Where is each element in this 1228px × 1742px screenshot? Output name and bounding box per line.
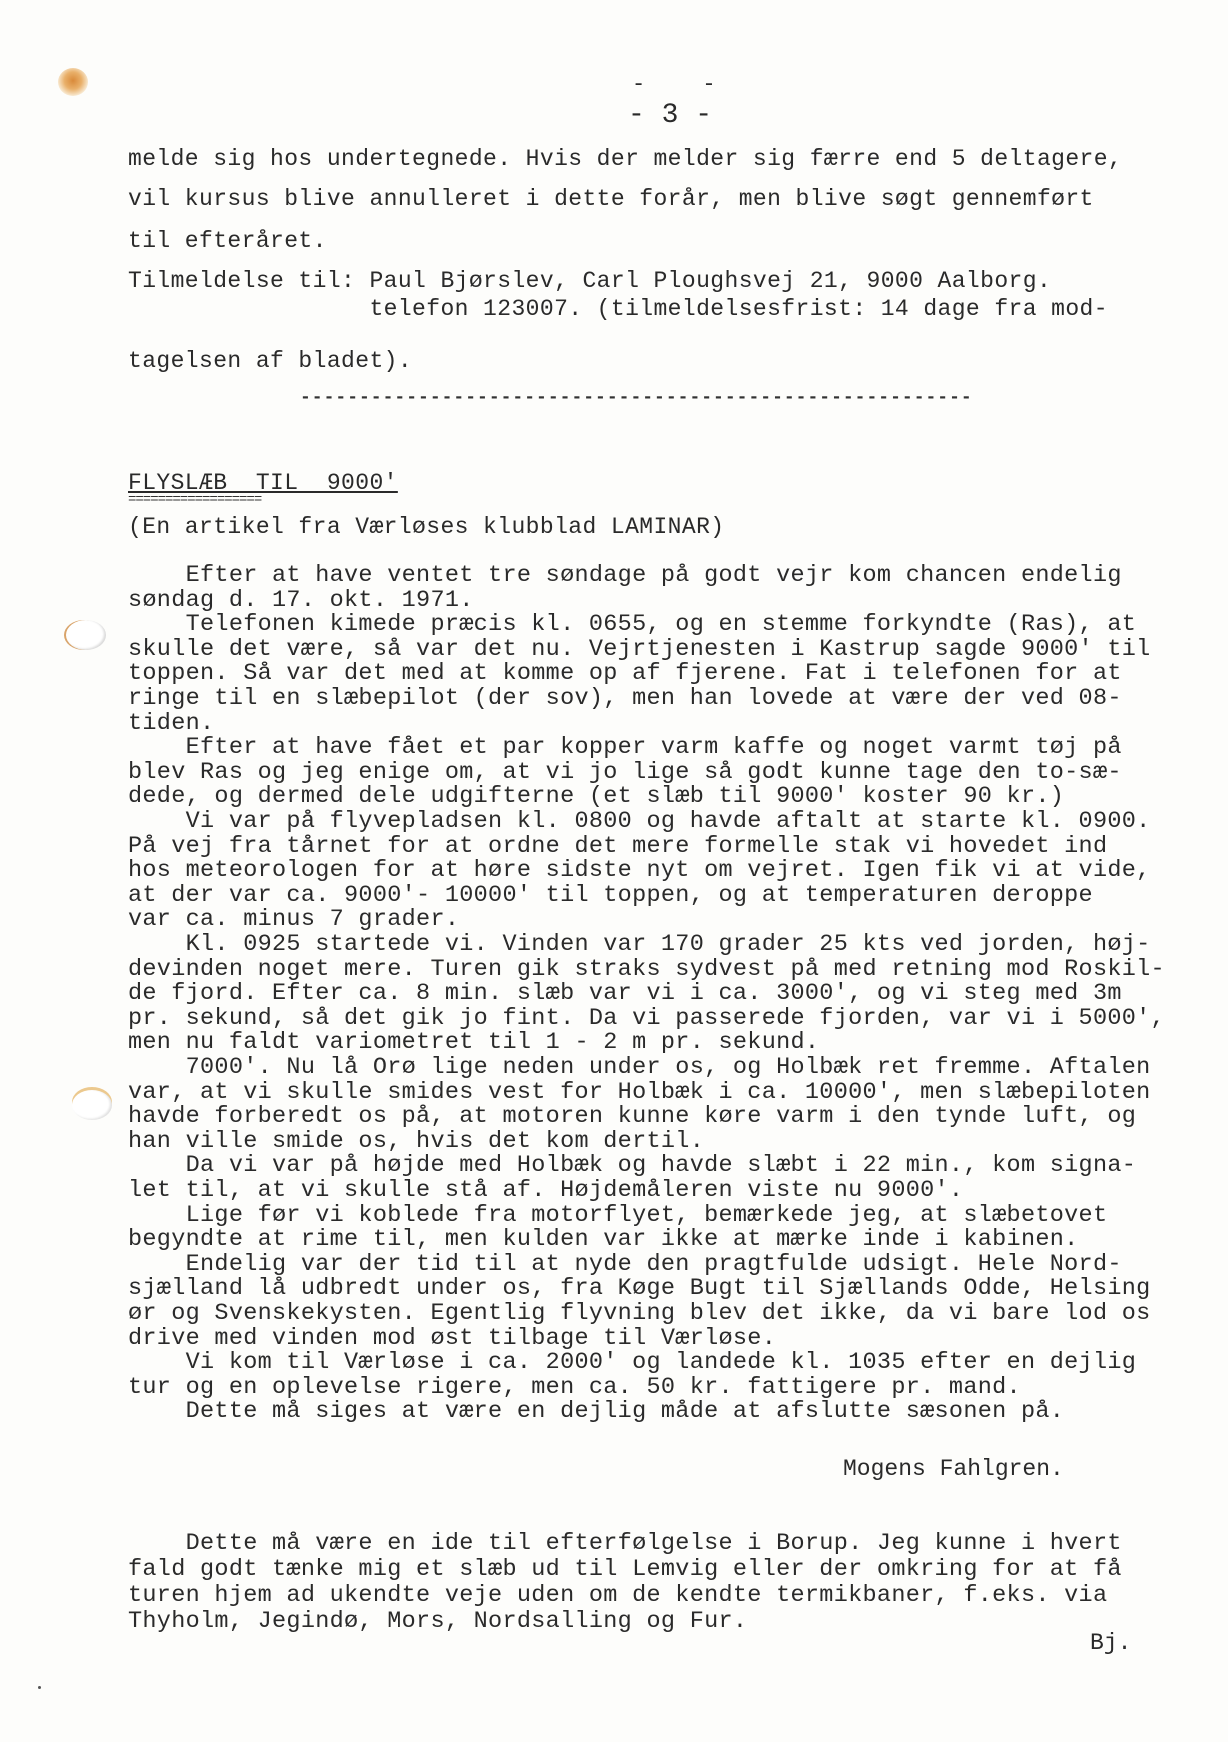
article-line: han ville smide os, hvis det kom dertil. [128, 1128, 704, 1155]
article-line: ringe til en slæbepilot (der sov), men h… [128, 685, 1122, 712]
intro-line: melde sig hos undertegnede. Hvis der mel… [128, 146, 1122, 172]
intro-line: til efteråret. [128, 228, 327, 254]
article-line: begyndte at rime til, men kulden var ikk… [128, 1226, 1079, 1253]
article-line: Dette må siges at være en dejlig måde at… [128, 1398, 1064, 1425]
separator-rule: ----------------------------------------… [300, 388, 973, 408]
paper-speck [38, 1686, 41, 1689]
article-line: ør og Svenskekysten. Egentlig flyvning b… [128, 1300, 1151, 1327]
article-line: men nu faldt variometret til 1 - 2 m pr.… [128, 1029, 819, 1056]
intro-line: tagelsen af bladet). [128, 348, 412, 374]
document-page: - - - 3 - melde sig hos undertegnede. Hv… [0, 0, 1228, 1742]
intro-line: Tilmeldelse til: Paul Bjørslev, Carl Plo… [128, 268, 1051, 294]
article-title-underline: ================== [128, 492, 261, 508]
article-line: 7000'. Nu lå Orø lige neden under os, og… [128, 1054, 1151, 1081]
article-line: Efter at have fået et par kopper varm ka… [128, 734, 1122, 761]
note-line: Thyholm, Jegindø, Mors, Nordsalling og F… [128, 1608, 747, 1635]
article-line: På vej fra tårnet for at ordne det mere … [128, 833, 1107, 860]
article-line: Lige før vi koblede fra motorflyet, bemæ… [128, 1202, 1107, 1229]
page-number: - 3 - [628, 100, 712, 131]
header-marks: - - [632, 72, 738, 97]
article-line: drive med vinden mod øst tilbage til Vær… [128, 1325, 776, 1352]
article-line: tiden. [128, 710, 214, 737]
article-line: Endelig var der tid til at nyde den prag… [128, 1251, 1122, 1278]
article-line: Kl. 0925 startede vi. Vinden var 170 gra… [128, 931, 1151, 958]
note-line: fald godt tænke mig et slæb ud til Lemvi… [128, 1556, 1122, 1583]
article-line: let til, at vi skulle stå af. Højdemåler… [128, 1177, 963, 1204]
intro-line: vil kursus blive annulleret i dette forå… [128, 186, 1094, 212]
article-line: de fjord. Efter ca. 8 min. slæb var vi i… [128, 980, 1122, 1007]
intro-line: telefon 123007. (tilmeldelsesfrist: 14 d… [128, 296, 1108, 322]
article-line: dede, og dermed dele udgifterne (et slæb… [128, 783, 1064, 810]
article-line: sjælland lå udbredt under os, fra Køge B… [128, 1275, 1151, 1302]
article-line: tur og en oplevelse rigere, men ca. 50 k… [128, 1374, 1021, 1401]
article-line: blev Ras og jeg enige om, at vi jo lige … [128, 759, 1122, 786]
article-line: hos meteorologen for at høre sidste nyt … [128, 857, 1151, 884]
article-line: pr. sekund, så det gik jo fint. Da vi pa… [128, 1005, 1165, 1032]
article-line: søndag d. 17. okt. 1971. [128, 587, 474, 614]
article-subtitle: (En artikel fra Værløses klubblad LAMINA… [128, 514, 725, 540]
article-line: var, at vi skulle smides vest for Holbæk… [128, 1079, 1151, 1106]
article-line: Vi kom til Værløse i ca. 2000' og landed… [128, 1349, 1136, 1376]
article-author: Mogens Fahlgren. [843, 1456, 1064, 1482]
article-line: Efter at have ventet tre søndage på godt… [128, 562, 1122, 589]
note-line: turen hjem ad ukendte veje uden om de ke… [128, 1582, 1107, 1609]
note-signature: Bj. [1090, 1630, 1131, 1656]
note-line: Dette må være en ide til efterfølgelse i… [128, 1530, 1122, 1557]
article-line: skulle det være, så var det nu. Vejrtjen… [128, 636, 1151, 663]
article-line: havde forberedt os på, at motoren kunne … [128, 1103, 1136, 1130]
punch-hole-bottom [72, 1090, 112, 1120]
article-line: Da vi var på højde med Holbæk og havde s… [128, 1152, 1136, 1179]
article-line: Vi var på flyvepladsen kl. 0800 og havde… [128, 808, 1151, 835]
article-line: Telefonen kimede præcis kl. 0655, og en … [128, 611, 1136, 638]
punch-hole-top [66, 620, 106, 650]
paper-stain [58, 68, 88, 96]
article-line: toppen. Så var det med at komme op af fj… [128, 660, 1122, 687]
article-line: at der var ca. 9000'- 10000' til toppen,… [128, 882, 1093, 909]
article-line: devinden noget mere. Turen gik straks sy… [128, 956, 1165, 983]
article-line: var ca. minus 7 grader. [128, 906, 459, 933]
